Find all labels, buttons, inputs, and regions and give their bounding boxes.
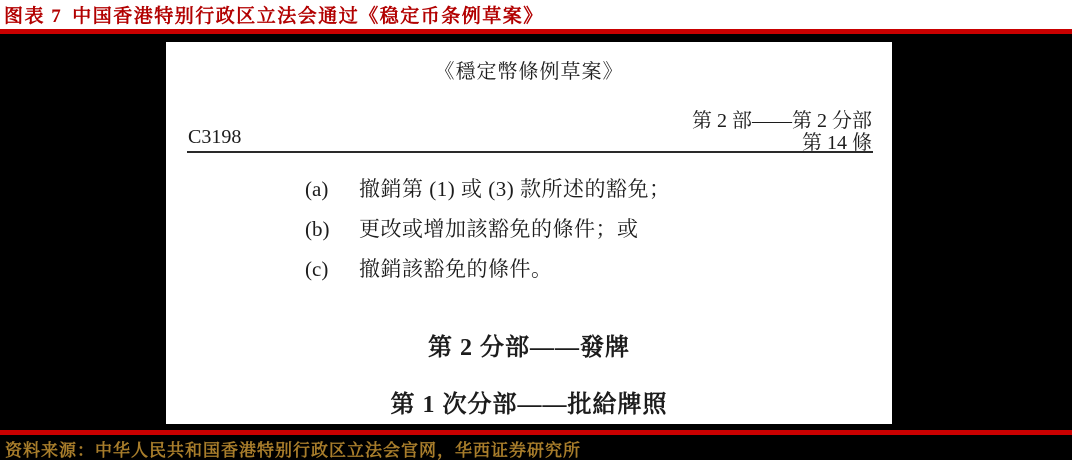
figure-title-text: 中国香港特别行政区立法会通过《稳定币条例草案》	[72, 6, 544, 27]
document-header-rule	[187, 151, 873, 153]
document-item-list: (a) 撤銷第 (1) 或 (3) 款所述的豁免； (b) 更改或增加該豁免的條…	[305, 175, 862, 295]
figure-number-label: 图表 7	[4, 6, 62, 27]
list-item-label: (c)	[305, 255, 347, 283]
list-item: (a) 撤銷第 (1) 或 (3) 款所述的豁免；	[305, 175, 862, 203]
figure-page: 图表 7中国香港特别行政区立法会通过《稳定币条例草案》 《穩定幣條例草案》 第 …	[0, 0, 1072, 460]
list-item-label: (a)	[305, 175, 347, 203]
document-subdivision-heading: 第 2 分部——發牌	[166, 327, 892, 362]
document-excerpt: 《穩定幣條例草案》 第 2 部——第 2 分部 C3198 第 14 條 (a)…	[166, 42, 892, 424]
list-item: (c) 撤銷該豁免的條件。	[305, 255, 862, 283]
bottom-red-rule	[0, 430, 1072, 435]
document-subsubdivision-heading: 第 1 次分部——批給牌照	[166, 384, 892, 419]
list-item: (b) 更改或增加該豁免的條件；或	[305, 215, 862, 243]
figure-footer: 资料来源：中华人民共和国香港特别行政区立法会官网，华西证券研究所	[0, 437, 1072, 460]
figure-header: 图表 7中国香港特别行政区立法会通过《稳定币条例草案》	[0, 0, 1072, 29]
list-item-label: (b)	[305, 215, 347, 243]
source-attribution: 资料来源：中华人民共和国香港特别行政区立法会官网，华西证券研究所	[0, 436, 581, 460]
list-item-text: 撤銷第 (1) 或 (3) 款所述的豁免；	[347, 175, 670, 203]
list-item-text: 撤銷該豁免的條件。	[347, 255, 553, 283]
top-red-rule	[0, 29, 1072, 34]
document-page-code: C3198	[188, 126, 241, 149]
list-item-text: 更改或增加該豁免的條件；或	[347, 215, 639, 243]
figure-title: 图表 7中国香港特别行政区立法会通过《稳定币条例草案》	[0, 1, 544, 28]
document-title: 《穩定幣條例草案》	[166, 55, 892, 84]
